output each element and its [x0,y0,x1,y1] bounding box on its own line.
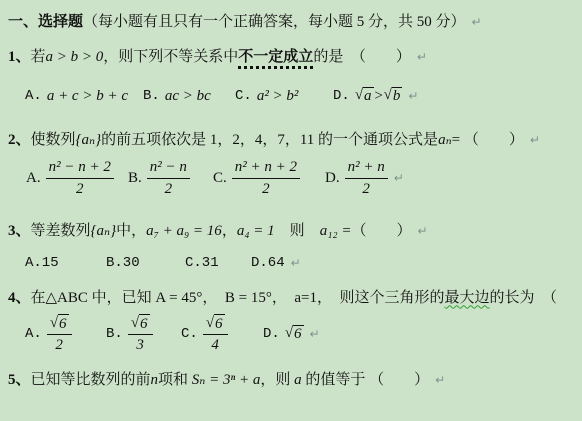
question-3-text-post: （ ） [352,223,412,239]
question-1-text-post: 的是 （ ） [313,49,411,65]
question-1-emphasized-text: 不一定成立 [238,49,313,65]
option-b-fraction: √63 [128,314,153,356]
option-d-label: D. [263,326,280,342]
option-b-fraction: n² − n2 [147,158,190,199]
question-1-option-b: B. ac > bc [143,88,235,105]
option-b-label: B. [128,170,142,187]
option-d-fraction: n² + n2 [345,158,388,199]
option-a-fraction: √62 [47,314,72,356]
question-1-options: A. a + c > b + c B. ac > bc C. a² > b² D… [8,87,574,105]
question-3-option-a: A.15 [25,255,106,271]
radical-sign: √ [131,314,139,333]
option-c-fraction: √64 [203,314,228,356]
option-c-formula: a² > b² [257,88,299,105]
option-b-label: B. [106,326,123,342]
option-d-label: D. [325,170,340,187]
fraction-denominator: 2 [262,179,270,199]
radicand: a [363,87,374,105]
question-4-text-post: 的长为 （ ） [490,290,582,306]
general-term-symbol: aₙ [438,132,452,148]
option-a-label: A. [26,170,41,187]
paragraph-mark-icon: ↵ [417,50,427,64]
question-5-text-post1: ，则 [260,372,294,388]
question-5-number: 5、 [8,372,31,388]
fraction-denominator: 2 [55,335,63,355]
radicand: b [392,87,403,105]
paragraph-mark-icon: ↵ [291,256,301,270]
document-page: 一、选择题（每小题有且只有一个正确答案，每小题 5 分，共 50 分）↵ 1、若… [0,0,582,389]
question-4-option-d: D. √6 ↵ [263,325,320,343]
paragraph-mark-icon: ↵ [472,15,482,29]
question-2-number: 2、 [8,132,31,148]
question-2-stem: 2、使数列{aₙ}的前五项依次是 1，2，4，7，11 的一个通项公式是aₙ= … [8,128,574,149]
radical-sign: √ [384,87,392,104]
option-a-label: A. [25,88,42,104]
question-5-text-mid: 项和 [158,372,192,388]
section-note: （每小题有且只有一个正确答案，每小题 5 分，共 50 分） [83,14,466,30]
paragraph-mark-icon: ↵ [435,373,445,387]
question-1-text-pre: 若 [31,49,46,65]
sqrt-expression: √6 [285,325,304,343]
question-3-option-b: B.30 [106,255,185,271]
question-1-option-a: A. a + c > b + c [25,88,143,105]
option-c-label: C. [235,88,252,104]
option-a-fraction: n² − n + 22 [46,158,114,199]
sqrt-expression: √6 [131,314,150,334]
radical-sign: √ [285,325,293,342]
question-1-option-d: D. √a > √b ↵ [333,87,418,105]
fraction-denominator: 4 [211,335,219,355]
option-b-label: B. [143,88,160,104]
option-d-text: D.64 [251,255,285,271]
sqrt-expression: √6 [50,314,69,334]
sqrt-a-expression: √a [355,87,374,105]
sequence-notation: {aₙ} [76,132,102,148]
paragraph-mark-icon: ↵ [394,171,404,185]
question-4-number: 4、 [8,290,31,306]
paragraph-mark-icon: ↵ [310,327,320,341]
question-5-text-pre: 已知等比数列的前 [31,372,151,388]
sqrt-b-expression: √b [384,87,403,105]
question-1-number: 1、 [8,49,31,65]
fraction-numerator: √6 [128,314,153,336]
question-5-text-post2: 的值等于 （ ） [302,372,430,388]
paragraph-mark-icon: ↵ [418,224,428,238]
radicand: 6 [139,314,150,334]
n-variable: n [151,372,159,388]
question-2-option-a: A. n² − n + 22 [26,158,128,199]
question-4-text-mid: ， 则这个三角形的 [317,290,445,306]
question-3-then-text: 则 [275,223,320,239]
question-3-option-d: D.64 ↵ [251,255,301,271]
radical-sign: √ [50,314,58,333]
greater-than-operator: > [374,88,384,105]
radical-sign: √ [355,87,363,104]
question-4-squiggle-underlined-text: 最大边 [445,290,490,306]
question-2-option-d: D. n² + n2 ↵ [325,158,404,199]
option-c-fraction: n² + n + 22 [232,158,300,199]
question-4-option-c: C. √64 [181,314,263,356]
question-4-option-a: A. √62 [25,314,106,356]
fraction-denominator: 3 [136,335,144,355]
question-2-text-post: = （ ） [452,132,524,148]
side-a-value: a=1 [294,290,317,306]
question-2-text-mid: 的前五项依次是 1，2，4，7，11 的一个通项公式是 [101,132,438,148]
separator: ， [272,290,295,306]
fraction-numerator: n² − n + 2 [46,158,114,179]
question-5-stem: 5、已知等比数列的前n项和 Sₙ = 3ⁿ + a，则 a 的值等于 （ ）↵ [8,368,574,389]
question-2-option-c: C. n² + n + 22 [213,158,325,199]
fraction-numerator: n² + n + 2 [232,158,300,179]
question-3-text-pre: 等差数列 [31,223,91,239]
section-title-line: 一、选择题（每小题有且只有一个正确答案，每小题 5 分，共 50 分）↵ [8,10,574,31]
question-3-option-c: C.31 [185,255,251,271]
question-4-stem: 4、在△ABC 中，已知 A = 45°， B = 15°， a=1， 则这个三… [8,286,574,307]
question-1-stem: 1、若a > b > 0，则下列不等关系中不一定成立的是 （ ）↵ [8,45,574,66]
comma-separator: ， [222,223,237,239]
question-3-equation-2: a₄ = 1 [237,223,275,239]
option-c-label: C. [213,170,227,187]
option-c-label: C. [181,326,198,342]
sequence-notation: {aₙ} [91,223,117,239]
question-3-number: 3、 [8,223,31,239]
option-d-label: D. [333,88,350,104]
sum-formula: Sₙ = 3ⁿ + a [192,372,261,388]
radicand: 6 [214,314,225,334]
radicand: 6 [293,325,304,343]
question-1-text-mid: ，则下列不等关系中 [103,49,238,65]
question-2-option-b: B. n² − n2 [128,158,213,199]
option-a-label: A. [25,326,42,342]
question-4-text-pre: 在△ABC 中，已知 [31,290,156,306]
question-3-unknown: a₁₂ = [320,223,352,239]
a-variable: a [294,372,302,388]
question-3-options: A.15 B.30 C.31 D.64 ↵ [8,255,574,271]
question-3-equation-1: a₇ + a₉ = 16 [146,223,222,239]
angle-a-value: A = 45° [155,290,202,306]
question-3-text-mid: 中， [116,223,146,239]
question-2-options: A. n² − n + 22 B. n² − n2 C. n² + n + 22… [8,158,574,199]
question-3-stem: 3、等差数列{aₙ}中，a₇ + a₉ = 16，a₄ = 1 则 a₁₂ =（… [8,219,574,240]
sqrt-expression: √6 [206,314,225,334]
fraction-numerator: √6 [203,314,228,336]
section-heading: 一、选择题 [8,14,83,30]
question-4-options: A. √62 B. √63 C. √64 D. √6 ↵ [8,314,574,356]
separator: ， [202,290,225,306]
fraction-denominator: 2 [362,179,370,199]
option-b-formula: ac > bc [165,88,211,105]
question-4-option-b: B. √63 [106,314,181,356]
fraction-numerator: √6 [47,314,72,336]
radical-sign: √ [206,314,214,333]
question-2-text-pre: 使数列 [31,132,76,148]
angle-b-value: B = 15° [225,290,272,306]
fraction-denominator: 2 [76,179,84,199]
fraction-numerator: n² + n [345,158,388,179]
question-1-math: a > b > 0 [46,49,104,65]
radicand: 6 [58,314,69,334]
option-a-formula: a + c > b + c [47,88,128,105]
paragraph-mark-icon: ↵ [408,89,418,103]
paragraph-mark-icon: ↵ [530,133,540,147]
fraction-denominator: 2 [165,179,173,199]
question-1-option-c: C. a² > b² [235,88,333,105]
fraction-numerator: n² − n [147,158,190,179]
